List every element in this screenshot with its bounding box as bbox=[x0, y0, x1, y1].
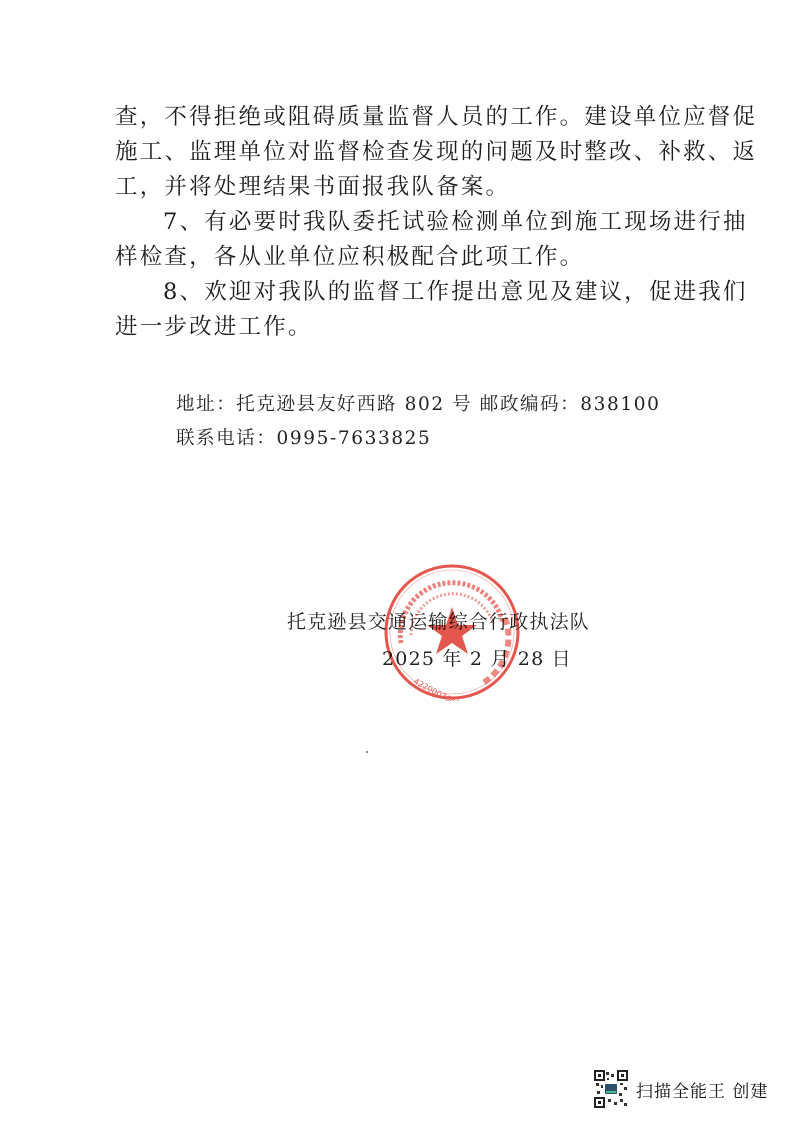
watermark-text: 扫描全能王 创建 bbox=[636, 1077, 768, 1102]
body-line-item-7: 7、有必要时我队委托试验检测单位到施工现场进行抽 bbox=[163, 207, 748, 237]
body-line: 样检查，各从业单位应积极配合此项工作。 bbox=[115, 242, 584, 272]
body-line: 查，不得拒绝或阻碍质量监督人员的工作。建设单位应督促 bbox=[115, 102, 757, 132]
scan-speck bbox=[366, 751, 368, 753]
body-line: 施工、监理单位对监督检查发现的问题及时整改、补救、返 bbox=[115, 137, 757, 167]
body-line-item-8: 8、欢迎对我队的监督工作提出意见及建议，促进我们 bbox=[163, 277, 748, 307]
body-line: 进一步改进工作。 bbox=[115, 312, 313, 342]
body-line: 工，并将处理结果书面报我队备案。 bbox=[115, 172, 510, 202]
qr-code-icon bbox=[594, 1070, 628, 1108]
official-seal-icon: 4220007646 bbox=[383, 563, 521, 701]
document-page: 查，不得拒绝或阻碍质量监督人员的工作。建设单位应督促 施工、监理单位对监督检查发… bbox=[0, 0, 793, 1122]
address-line: 地址：托克逊县友好西路 802 号 邮政编码：838100 bbox=[176, 391, 660, 419]
scanner-watermark: 扫描全能王 创建 bbox=[594, 1070, 768, 1108]
phone-line: 联系电话：0995-7633825 bbox=[176, 425, 431, 453]
